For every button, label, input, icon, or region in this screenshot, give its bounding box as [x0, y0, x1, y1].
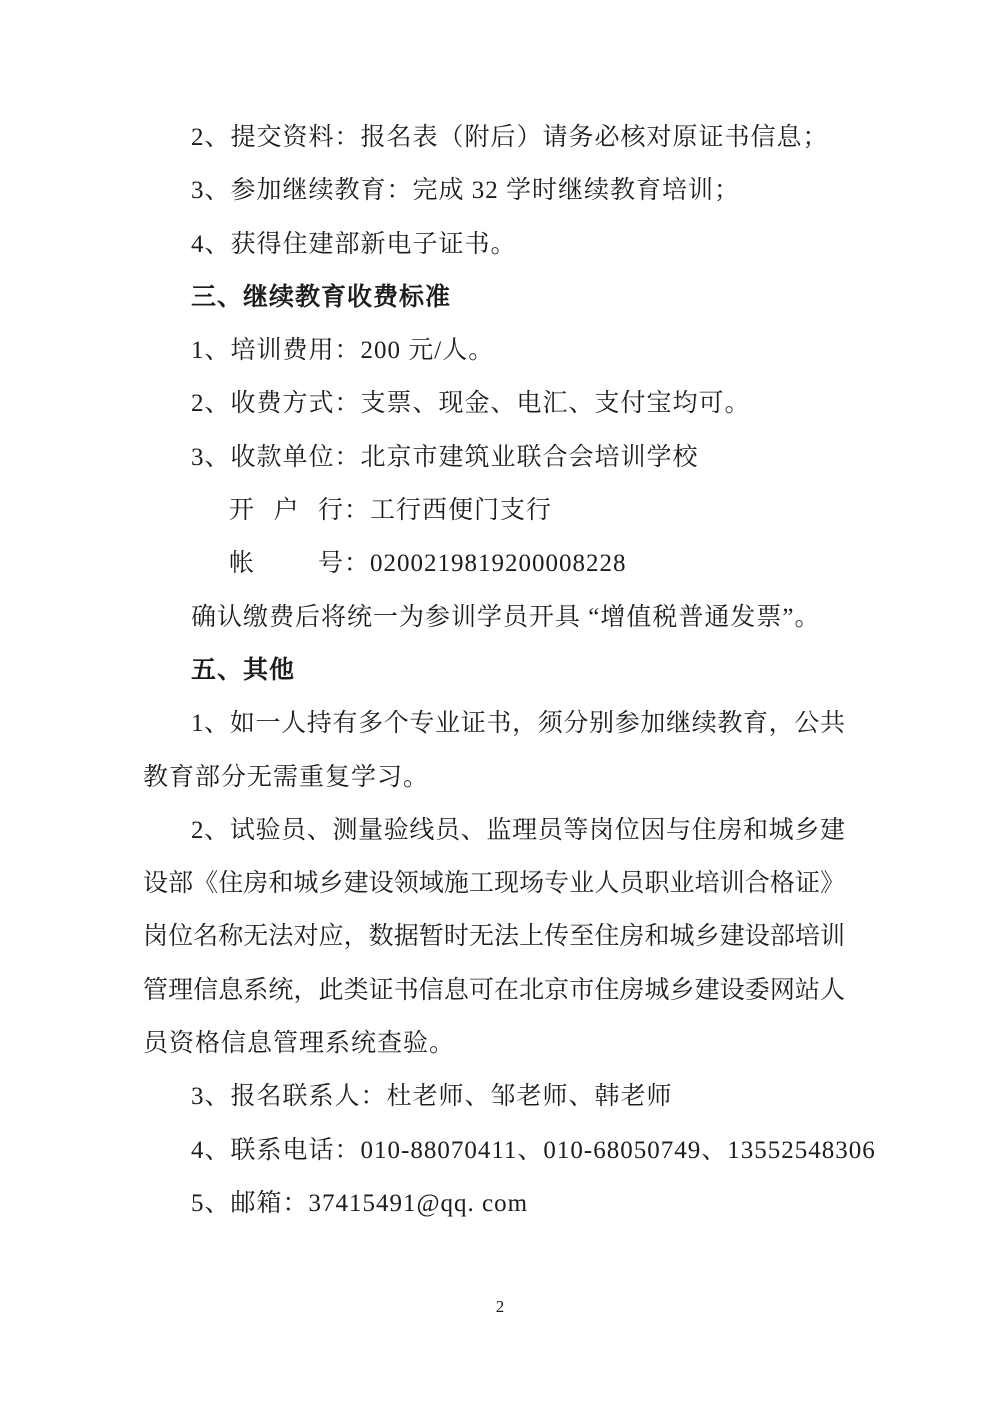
document-line: 设部《住房和城乡建设领域施工现场专业人员职业培训合格证》: [143, 857, 845, 910]
document-line: 3、报名联系人：杜老师、邹老师、韩老师: [143, 1070, 845, 1123]
section-heading: 五、其他: [143, 644, 845, 697]
document-page: 2、提交资料：报名表（附后）请务必核对原证书信息；3、参加继续教育：完成 32 …: [0, 0, 1000, 1415]
document-line: 开户行：工行西便门支行: [143, 484, 845, 537]
bank-field-label: 帐号: [229, 537, 344, 590]
bank-field-value: 工行西便门支行: [370, 497, 552, 524]
document-line: 3、参加继续教育：完成 32 学时继续教育培训；: [143, 164, 845, 217]
document-line: 3、收款单位：北京市建筑业联合会培训学校: [143, 431, 845, 484]
document-line: 2、收费方式：支票、现金、电汇、支付宝均可。: [143, 377, 845, 430]
document-line: 4、联系电话：010-88070411、010-68050749、1355254…: [143, 1124, 845, 1177]
document-line: 4、获得住建部新电子证书。: [143, 218, 845, 271]
document-line: 确认缴费后将统一为参训学员开具 “增值税普通发票”。: [143, 591, 845, 644]
document-line: 员资格信息管理系统查验。: [143, 1017, 845, 1070]
bank-field-separator: ：: [344, 550, 370, 577]
document-line: 教育部分无需重复学习。: [143, 751, 845, 804]
document-line: 2、提交资料：报名表（附后）请务必核对原证书信息；: [143, 111, 845, 164]
bank-field-separator: ：: [344, 497, 370, 524]
section-heading: 三、继续教育收费标准: [143, 271, 845, 324]
document-line: 1、如一人持有多个专业证书，须分别参加继续教育，公共: [143, 697, 845, 750]
document-line: 2、试验员、测量验线员、监理员等岗位因与住房和城乡建: [143, 804, 845, 857]
document-line: 帐号：0200219819200008228: [143, 537, 845, 590]
document-line: 1、培训费用：200 元/人。: [143, 324, 845, 377]
page-number: 2: [0, 1296, 1000, 1318]
document-line: 岗位名称无法对应，数据暂时无法上传至住房和城乡建设部培训: [143, 910, 845, 963]
document-line: 管理信息系统，此类证书信息可在北京市住房城乡建设委网站人: [143, 964, 845, 1017]
document-line: 5、邮箱：37415491@qq. com: [143, 1177, 845, 1230]
bank-field-value: 0200219819200008228: [370, 550, 627, 577]
bank-field-label: 开户行: [229, 484, 344, 537]
document-body: 2、提交资料：报名表（附后）请务必核对原证书信息；3、参加继续教育：完成 32 …: [143, 111, 845, 1230]
